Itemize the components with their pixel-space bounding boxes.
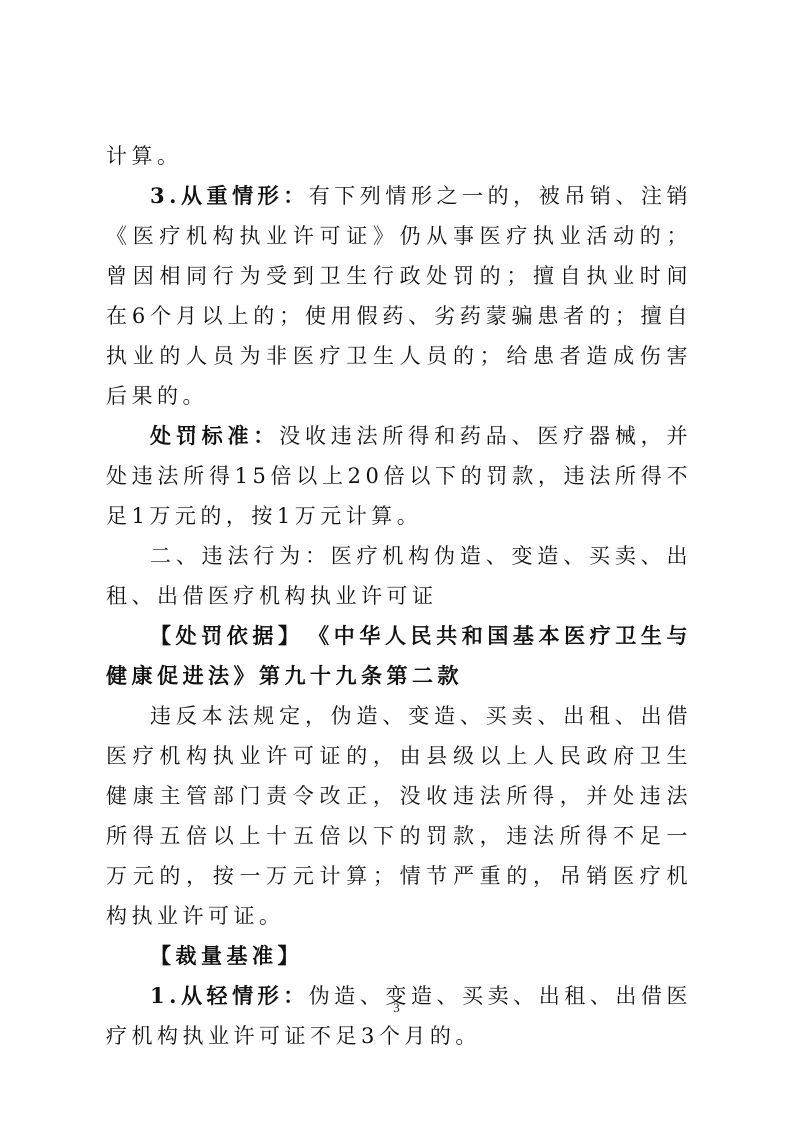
paragraph-text: 计算。 — [106, 144, 183, 168]
paragraph-violation-title: 二、违法行为：医疗机构伪造、变造、买卖、出租、出借医疗机构执业许可证 — [106, 536, 692, 616]
paragraph-aggravating-circumstances: 3.从重情形：有下列情形之一的，被吊销、注销《医疗机构执业许可证》仍从事医疗执业… — [106, 176, 692, 416]
document-page: 计算。 3.从重情形：有下列情形之一的，被吊销、注销《医疗机构执业许可证》仍从事… — [106, 136, 692, 1056]
paragraph-penalty-basis: 【处罚依据】 《中华人民共和国基本医疗卫生与健康促进法》第九十九条第二款 — [106, 616, 692, 696]
paragraph-legal-text: 违反本法规定，伪造、变造、买卖、出租、出借医疗机构执业许可证的，由县级以上人民政… — [106, 696, 692, 936]
paragraph-mitigating-circumstances: 1.从轻情形：伪造、变造、买卖、出租、出借医疗机构执业许可证不足3个月的。 — [106, 976, 692, 1056]
paragraph-text: 违反本法规定，伪造、变造、买卖、出租、出借医疗机构执业许可证的，由县级以上人民政… — [106, 704, 692, 928]
paragraph-heading: 【处罚依据】 《中华人民共和国基本医疗卫生与健康促进法》第九十九条第二款 — [106, 623, 692, 688]
paragraph-continuation: 计算。 — [106, 136, 692, 176]
page-number: 3 — [0, 1000, 793, 1016]
paragraph-text: 二、违法行为：医疗机构伪造、变造、买卖、出租、出借医疗机构执业许可证 — [106, 544, 692, 608]
paragraph-discretion-standard: 【裁量基准】 — [106, 936, 692, 976]
paragraph-penalty-standard: 处罚标准：没收违法所得和药品、医疗器械，并处违法所得15倍以上20倍以下的罚款，… — [106, 416, 692, 536]
paragraph-heading: 【裁量基准】 — [150, 943, 303, 968]
paragraph-heading: 处罚标准： — [150, 423, 279, 448]
paragraph-text: 有下列情形之一的，被吊销、注销《医疗机构执业许可证》仍从事医疗执业活动的；曾因相… — [106, 184, 692, 408]
paragraph-heading: 3.从重情形： — [150, 183, 309, 208]
